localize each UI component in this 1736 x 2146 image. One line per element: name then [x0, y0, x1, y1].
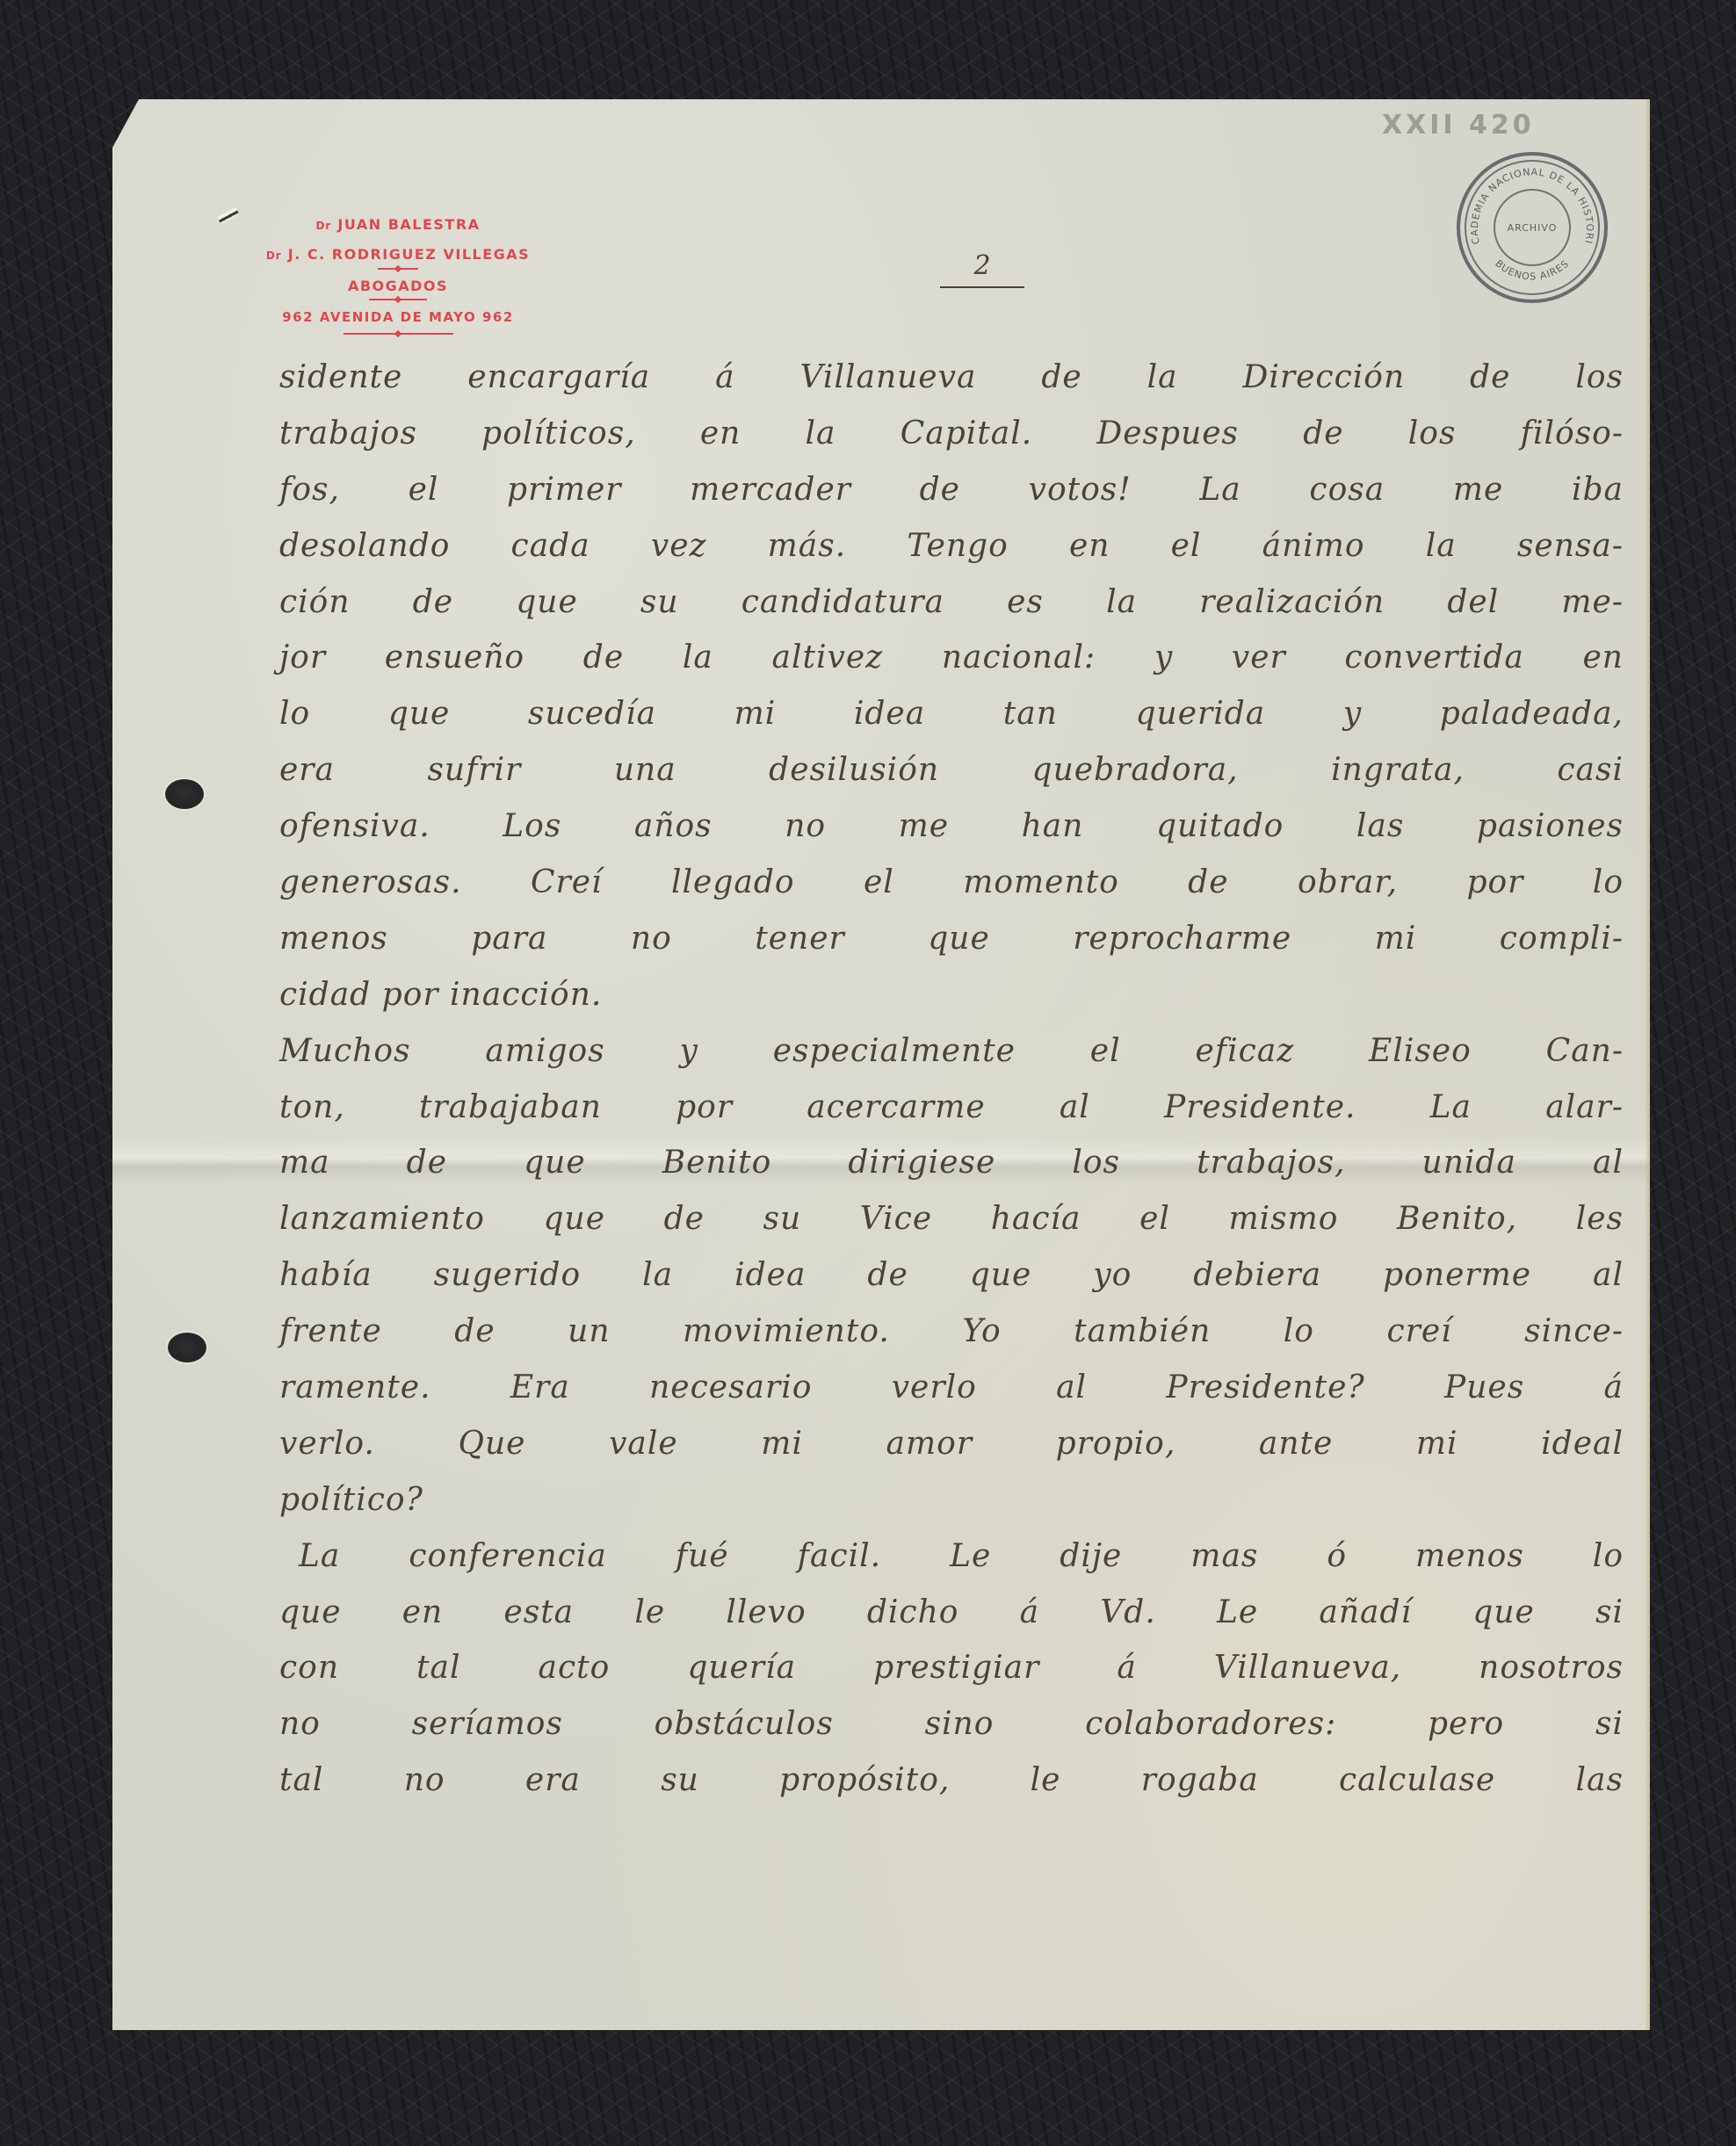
letter-line: era sufrir una desilusión quebradora, in… — [279, 742, 1624, 798]
letterhead-divider — [378, 268, 418, 270]
letter-line: lo que sucedía mi idea tan querida y pal… — [279, 686, 1624, 742]
letter-line: jor ensueño de la altivez nacional: y ve… — [279, 630, 1624, 686]
letter-line: sidente encargaría á Villanueva de la Di… — [279, 350, 1624, 406]
letterhead-ornament — [344, 333, 453, 335]
letter-line: político? — [279, 1472, 1624, 1528]
letterhead-divider — [369, 299, 427, 300]
handwritten-letter-body: sidente encargaría á Villanueva de la Di… — [279, 350, 1624, 1809]
letterhead-address: 962 AVENIDA DE MAYO 962 — [253, 308, 543, 326]
letter-line: no seríamos obstáculos sino colaboradore… — [279, 1696, 1624, 1752]
letter-line: generosas. Creí llegado el momento de ob… — [279, 855, 1624, 911]
letter-line: fos, el primer mercader de votos! La cos… — [279, 462, 1624, 518]
archive-shelf-mark: XXII 420 — [1382, 110, 1535, 141]
letterhead-name-1: Dr JUAN BALESTRA — [253, 216, 543, 235]
letter-line: lanzamiento que de su Vice hacía el mism… — [279, 1191, 1624, 1247]
letter-line: ofensiva. Los años no me han quitado las… — [279, 798, 1624, 855]
letter-line: frente de un movimiento. Yo también lo c… — [279, 1304, 1624, 1360]
letterhead-name-2: Dr J. C. RODRIGUEZ VILLEGAS — [253, 246, 543, 264]
letter-line: que en esta le llevo dicho á Vd. Le añad… — [279, 1585, 1624, 1641]
letter-line: ramente. Era necesario verlo al Presiden… — [279, 1360, 1624, 1416]
letter-line: ton, trabajaban por acercarme al Preside… — [279, 1080, 1624, 1136]
letter-line: había sugerido la idea de que yo debiera… — [279, 1247, 1624, 1304]
punch-hole-top — [165, 779, 204, 809]
letter-line: Muchos amigos y especialmente el eficaz … — [279, 1023, 1624, 1080]
archive-stamp: ACADEMIA NACIONAL DE LA HISTORIA BUENOS … — [1457, 152, 1608, 303]
stamp-center-text: ARCHIVO — [1508, 222, 1558, 234]
stamp-inner-circle: ARCHIVO — [1494, 189, 1571, 266]
letter-line: La conferencia fué facil. Le dije mas ó … — [279, 1528, 1624, 1585]
letter-line: ma de que Benito dirigiese los trabajos,… — [279, 1135, 1624, 1191]
letter-line: cidad por inacción. — [279, 967, 1624, 1023]
staple-mark — [217, 207, 240, 225]
letterhead-profession: ABOGADOS — [253, 278, 543, 295]
letter-line: con tal acto quería prestigiar á Villanu… — [279, 1640, 1624, 1696]
punch-hole-bottom — [168, 1333, 206, 1362]
letter-line: menos para no tener que reprocharme mi c… — [279, 911, 1624, 967]
page-number: 2 — [947, 250, 1017, 288]
paper-edge — [1645, 99, 1650, 2030]
letter-line: tal no era su propósito, le rogaba calcu… — [279, 1752, 1624, 1809]
letterhead: Dr JUAN BALESTRA Dr J. C. RODRIGUEZ VILL… — [253, 216, 543, 343]
letter-line: verlo. Que vale mi amor propio, ante mi … — [279, 1416, 1624, 1472]
letter-line: trabajos políticos, en la Capital. Despu… — [279, 406, 1624, 462]
letter-line: desolando cada vez más. Tengo en el ánim… — [279, 518, 1624, 574]
letter-line: ción de que su candidatura es la realiza… — [279, 574, 1624, 631]
